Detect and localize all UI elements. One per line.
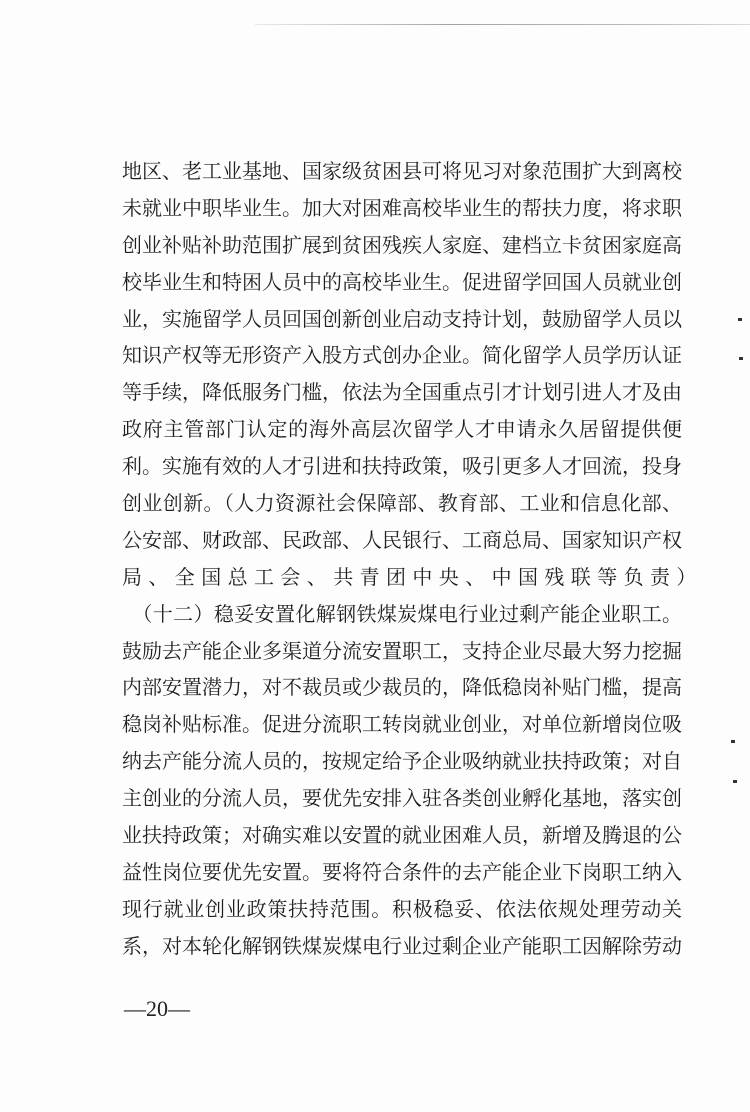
text-line: 稳岗补贴标准。促进分流职工转岗就业创业，对单位新增岗位吸: [122, 706, 682, 743]
text-line: 局、全国总工会、共青团中央、中国残联等负责）: [122, 559, 682, 596]
section-heading-line: （十二）稳妥安置化解钢铁煤炭煤电行业过剩产能企业职工。: [122, 596, 682, 633]
text-line: 公安部、财政部、民政部、人民银行、工商总局、国家知识产权: [122, 522, 682, 559]
text-line: 纳去产能分流人员的，按规定给予企业吸纳就业扶持政策；对自: [122, 743, 682, 780]
text-line: 等手续，降低服务门槛，依法为全国重点引才计划引进人才及由: [122, 374, 682, 411]
text-line: 创业创新。（人力资源社会保障部、教育部、工业和信息化部、: [122, 485, 682, 522]
scan-mark: [739, 357, 743, 360]
text-line: 业扶持政策；对确实难以安置的就业困难人员，新增及腾退的公: [122, 817, 682, 854]
scan-mark: [733, 780, 737, 783]
text-line: 系，对本轮化解钢铁煤炭煤电行业过剩企业产能职工因解除劳动: [122, 928, 682, 965]
text-line: 利。实施有效的人才引进和扶持政策，吸引更多人才回流，投身: [122, 448, 682, 485]
scan-mark: [731, 740, 735, 743]
text-line: 业，实施留学人员回国创新创业启动支持计划，鼓励留学人员以: [122, 301, 682, 338]
document-body: 地区、老工业基地、国家级贫困县可将见习对象范围扩大到离校 未就业中职毕业生。加大…: [122, 153, 682, 965]
text-line: 政府主管部门认定的海外高层次留学人才申请永久居留提供便: [122, 411, 682, 448]
text-line: 未就业中职毕业生。加大对困难高校毕业生的帮扶力度，将求职: [122, 190, 682, 227]
text-line: 鼓励去产能企业多渠道分流安置职工，支持企业尽最大努力挖掘: [122, 633, 682, 670]
text-line: 现行就业创业政策扶持范围。积极稳妥、依法依规处理劳动关: [122, 891, 682, 928]
text-line: 内部安置潜力，对不裁员或少裁员的，降低稳岗补贴门槛，提高: [122, 669, 682, 706]
text-line: 主创业的分流人员，要优先安排入驻各类创业孵化基地，落实创: [122, 780, 682, 817]
page-number: —20—: [124, 996, 190, 1022]
text-line: 创业补贴补助范围扩展到贫困残疾人家庭、建档立卡贫困家庭高: [122, 227, 682, 264]
scan-mark: [738, 318, 742, 321]
text-line: 知识产权等无形资产入股方式创办企业。简化留学人员学历认证: [122, 337, 682, 374]
text-line: 校毕业生和特困人员中的高校毕业生。促进留学回国人员就业创: [122, 264, 682, 301]
text-line: 地区、老工业基地、国家级贫困县可将见习对象范围扩大到离校: [122, 153, 682, 190]
scan-edge-line: [255, 24, 750, 25]
text-line: 益性岗位要优先安置。要将符合条件的去产能企业下岗职工纳入: [122, 854, 682, 891]
